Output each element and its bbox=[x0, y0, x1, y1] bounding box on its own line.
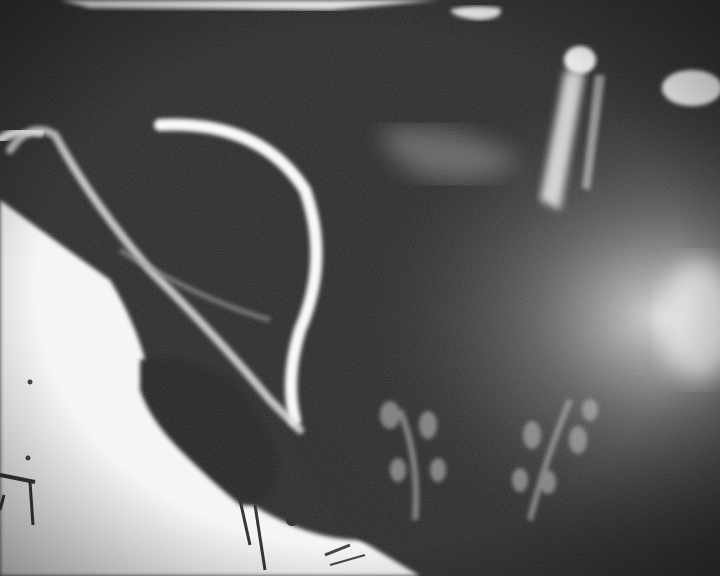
photograph: Grainy high-contrast black-and-white pho… bbox=[0, 0, 720, 576]
photo-scene bbox=[0, 0, 720, 576]
